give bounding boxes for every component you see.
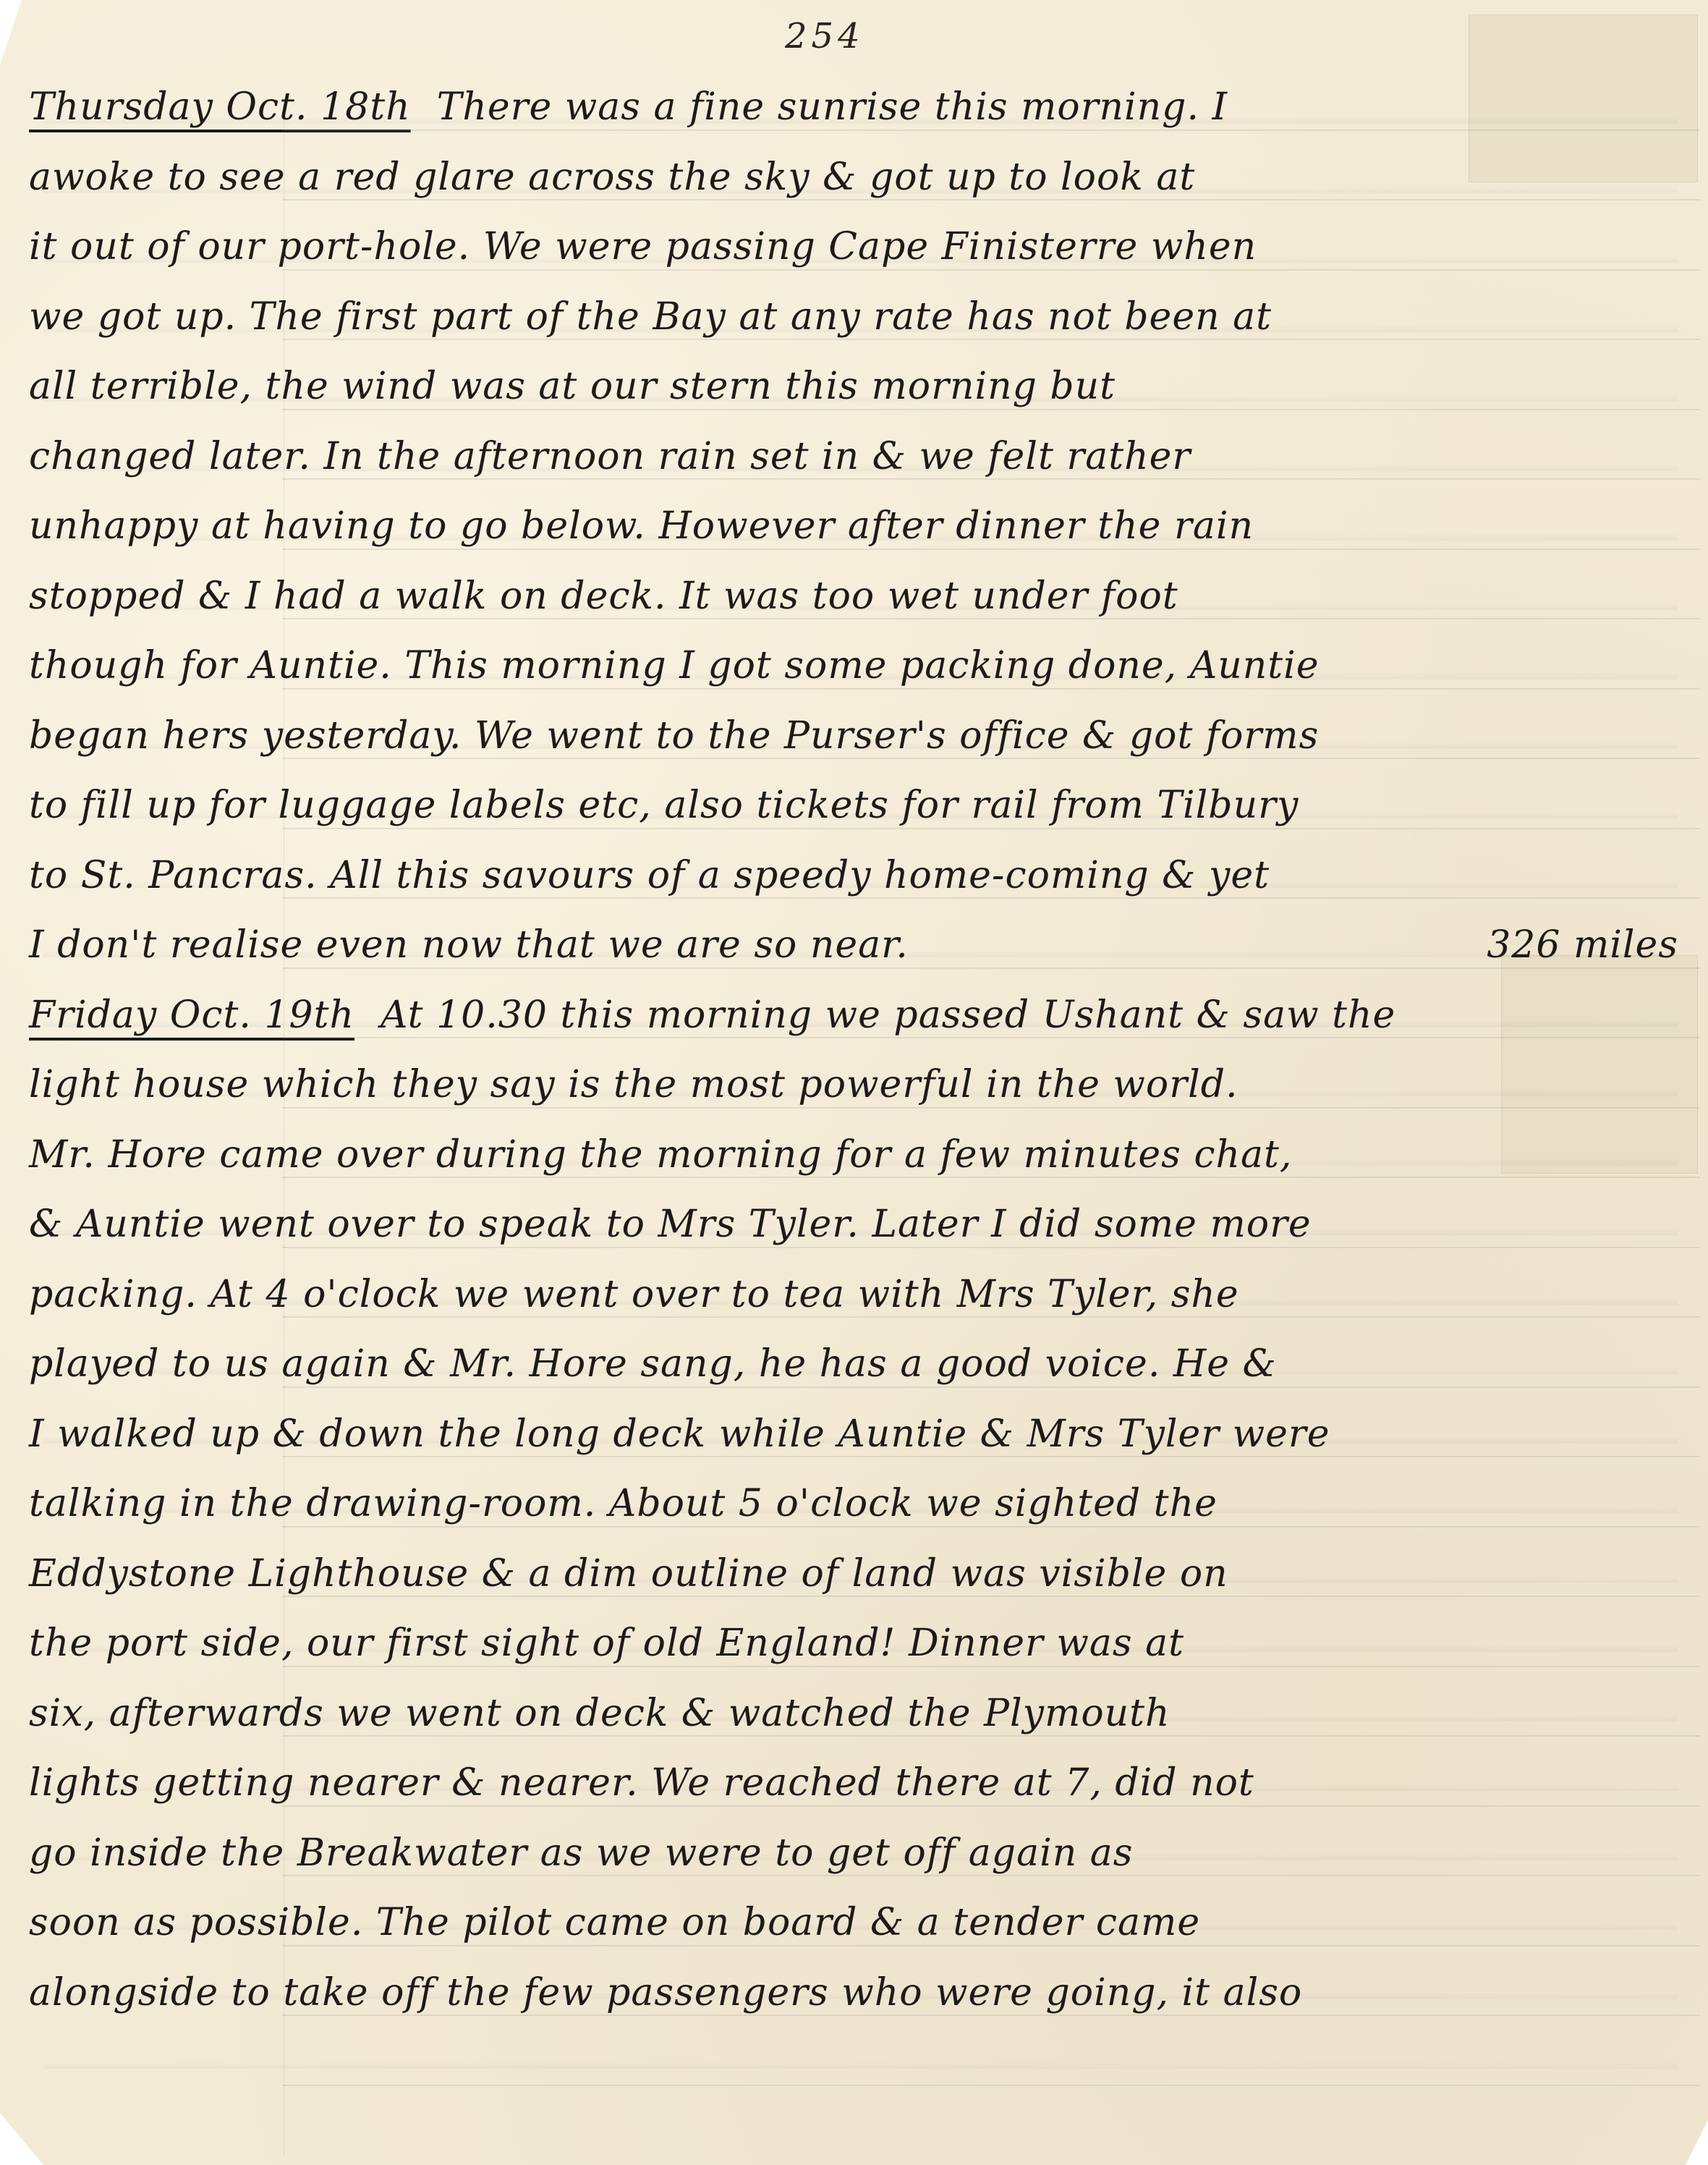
entry-text: we got up. The first part of the Bay at … — [29, 282, 1272, 352]
entry-text: though for Auntie. This morning I got so… — [29, 631, 1320, 701]
ruled-line — [282, 1316, 1700, 1318]
ruled-line — [282, 1247, 1700, 1248]
text-line: go inside the Breakwater as we were to g… — [29, 1818, 1686, 1889]
ruled-line — [282, 828, 1700, 829]
ruled-line — [282, 1805, 1700, 1807]
text-line: to fill up for luggage labels etc, also … — [29, 771, 1686, 841]
ruled-line — [282, 409, 1700, 410]
entry-text: awoke to see a red glare across the sky … — [29, 143, 1195, 213]
entry-text: Eddystone Lighthouse & a dim outline of … — [29, 1539, 1228, 1609]
text-line: Friday Oct. 19thAt 10.30 this morning we… — [29, 980, 1686, 1051]
ruled-line — [282, 2085, 1700, 2086]
entry-text: all terrible, the wind was at our stern … — [29, 352, 1116, 422]
text-line: Mr. Hore came over during the morning fo… — [29, 1120, 1686, 1190]
entry-text: changed later. In the afternoon rain set… — [29, 422, 1191, 492]
mileage-note: 326 miles — [1487, 910, 1678, 980]
entry-text: it out of our port-hole. We were passing… — [29, 212, 1257, 282]
ruled-line — [282, 1945, 1700, 1946]
text-line: packing. At 4 o'clock we went over to te… — [29, 1260, 1686, 1330]
entry-text: stopped & I had a walk on deck. It was t… — [29, 562, 1178, 632]
text-line: & Auntie went over to speak to Mrs Tyler… — [29, 1190, 1686, 1260]
ruled-line — [282, 548, 1700, 550]
ruled-line — [282, 1386, 1700, 1388]
text-line: it out of our port-hole. We were passing… — [29, 212, 1686, 282]
text-line: to St. Pancras. All this savours of a sp… — [29, 841, 1686, 911]
ruled-line — [282, 1666, 1700, 1667]
entry-text: alongside to take off the few passengers… — [29, 1958, 1302, 2028]
text-line: unhappy at having to go below. However a… — [29, 491, 1686, 562]
text-line: I don't realise even now that we are so … — [29, 910, 1686, 980]
entry-text: light house which they say is the most p… — [29, 1050, 1238, 1120]
entry-text: talking in the drawing-room. About 5 o'c… — [29, 1469, 1218, 1539]
text-line: soon as possible. The pilot came on boar… — [29, 1888, 1686, 1958]
text-line: though for Auntie. This morning I got so… — [29, 631, 1686, 701]
entry-text: began hers yesterday. We went to the Pur… — [29, 701, 1319, 771]
ruled-line — [282, 1177, 1700, 1178]
entry-text: to St. Pancras. All this savours of a sp… — [29, 841, 1270, 911]
entry-text: Mr. Hore came over during the morning fo… — [29, 1120, 1292, 1190]
page-number: 254 — [785, 16, 864, 56]
text-line: alongside to take off the few passengers… — [29, 1958, 1686, 2028]
text-line: talking in the drawing-room. About 5 o'c… — [29, 1469, 1686, 1539]
ruled-line — [282, 1596, 1700, 1597]
entry-text: to fill up for luggage labels etc, also … — [29, 771, 1299, 841]
entry-text: soon as possible. The pilot came on boar… — [29, 1888, 1200, 1958]
text-line: I walked up & down the long deck while A… — [29, 1399, 1686, 1470]
text-line: Eddystone Lighthouse & a dim outline of … — [29, 1539, 1686, 1609]
entry-text: go inside the Breakwater as we were to g… — [29, 1818, 1133, 1889]
entry-text: lights getting nearer & nearer. We reach… — [29, 1748, 1254, 1818]
ruled-line — [282, 269, 1700, 271]
text-line: changed later. In the afternoon rain set… — [29, 422, 1686, 492]
entry-text: the port side, our first sight of old En… — [29, 1609, 1184, 1679]
entry-text: I don't realise even now that we are so … — [29, 910, 909, 980]
entry-text: unhappy at having to go below. However a… — [29, 491, 1254, 562]
ruled-line — [282, 967, 1700, 969]
entry-date-heading: Friday Oct. 19th — [29, 993, 354, 1037]
text-line: played to us again & Mr. Hore sang, he h… — [29, 1329, 1686, 1399]
entry-text: & Auntie went over to speak to Mrs Tyler… — [29, 1190, 1312, 1260]
ruled-line — [282, 688, 1700, 690]
ruled-line — [282, 897, 1700, 899]
entry-date-heading: Thursday Oct. 18th — [29, 85, 411, 129]
ruled-line — [282, 1456, 1700, 1457]
text-line: Thursday Oct. 18thThere was a fine sunri… — [29, 72, 1686, 143]
ruled-line — [282, 1735, 1700, 1737]
diary-page: 254 Thursday Oct. 18thThere was a fine s… — [0, 0, 1708, 2165]
entry-text: six, afterwards we went on deck & watche… — [29, 1679, 1170, 1749]
entry-text: There was a fine sunrise this morning. I — [437, 72, 1228, 143]
ruled-line — [282, 130, 1700, 131]
text-line: lights getting nearer & nearer. We reach… — [29, 1748, 1686, 1818]
entry-text: I walked up & down the long deck while A… — [29, 1399, 1330, 1470]
entry-text: At 10.30 this morning we passed Ushant &… — [381, 980, 1395, 1051]
entry-text: packing. At 4 o'clock we went over to te… — [29, 1260, 1239, 1330]
text-line: began hers yesterday. We went to the Pur… — [29, 701, 1686, 771]
text-line: stopped & I had a walk on deck. It was t… — [29, 562, 1686, 632]
ruled-line — [282, 1526, 1700, 1528]
text-line: we got up. The first part of the Bay at … — [29, 282, 1686, 352]
text-line: six, afterwards we went on deck & watche… — [29, 1679, 1686, 1749]
text-line: awoke to see a red glare across the sky … — [29, 143, 1686, 213]
diary-text: Thursday Oct. 18thThere was a fine sunri… — [29, 72, 1686, 2028]
ruled-line — [282, 758, 1700, 759]
text-line: light house which they say is the most p… — [29, 1050, 1686, 1120]
ruled-line — [282, 199, 1700, 200]
entry-text: played to us again & Mr. Hore sang, he h… — [29, 1329, 1277, 1399]
ruled-line — [282, 618, 1700, 619]
ruled-line — [282, 339, 1700, 340]
ruled-line — [282, 1875, 1700, 1876]
ruled-line — [282, 1037, 1700, 1038]
ruled-line — [282, 478, 1700, 480]
ruled-line — [282, 1107, 1700, 1109]
text-line: all terrible, the wind was at our stern … — [29, 352, 1686, 422]
text-line: the port side, our first sight of old En… — [29, 1609, 1686, 1679]
ruled-line — [282, 2014, 1700, 2016]
